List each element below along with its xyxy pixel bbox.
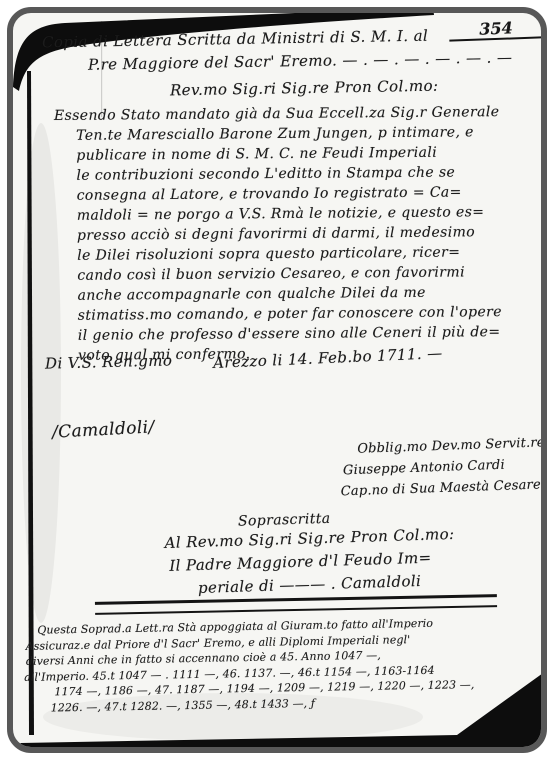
archivist-footnote: Questa Soprad.a Lett.ra Stà appoggiata a… — [23, 615, 475, 716]
valediction: Di V.S. Ren.gmo — [45, 351, 173, 372]
folio-number: 354 — [449, 17, 544, 41]
body-line: il genio che professo d'essere sino alle… — [78, 322, 547, 346]
signature-block: Obblig.mo Dev.mo Servit.re Giuseppe Anto… — [327, 432, 547, 503]
scan-frame: 354 Copia di Lettera Scritta da Ministri… — [7, 7, 547, 753]
body-line: maldoli = ne porgo a V.S. Rmà le notizie… — [77, 202, 547, 226]
address-heading: Soprascritta — [238, 511, 331, 530]
letter-body: Essendo Stato mandato già da Sua Eccell.… — [12, 102, 547, 367]
